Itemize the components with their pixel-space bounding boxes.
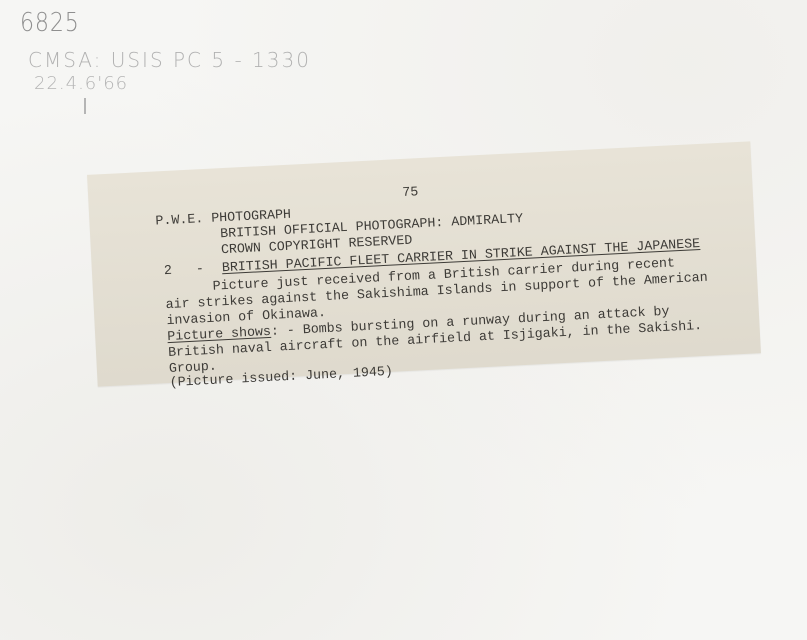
caption-slip: 75 P.W.E. PHOTOGRAPH BRITISH OFFICIAL PH… [87, 141, 761, 386]
page-number: 75 [402, 184, 419, 201]
pencil-tick-mark [84, 98, 86, 114]
archive-reference-pencil-note: CMSA: USIS PC 5 - 1330 [28, 48, 311, 72]
archive-date-pencil-note: 22.4.6'66 [34, 73, 128, 94]
item-number: 2 - [164, 261, 205, 279]
archive-number-pencil-note: 6825 [20, 8, 80, 38]
